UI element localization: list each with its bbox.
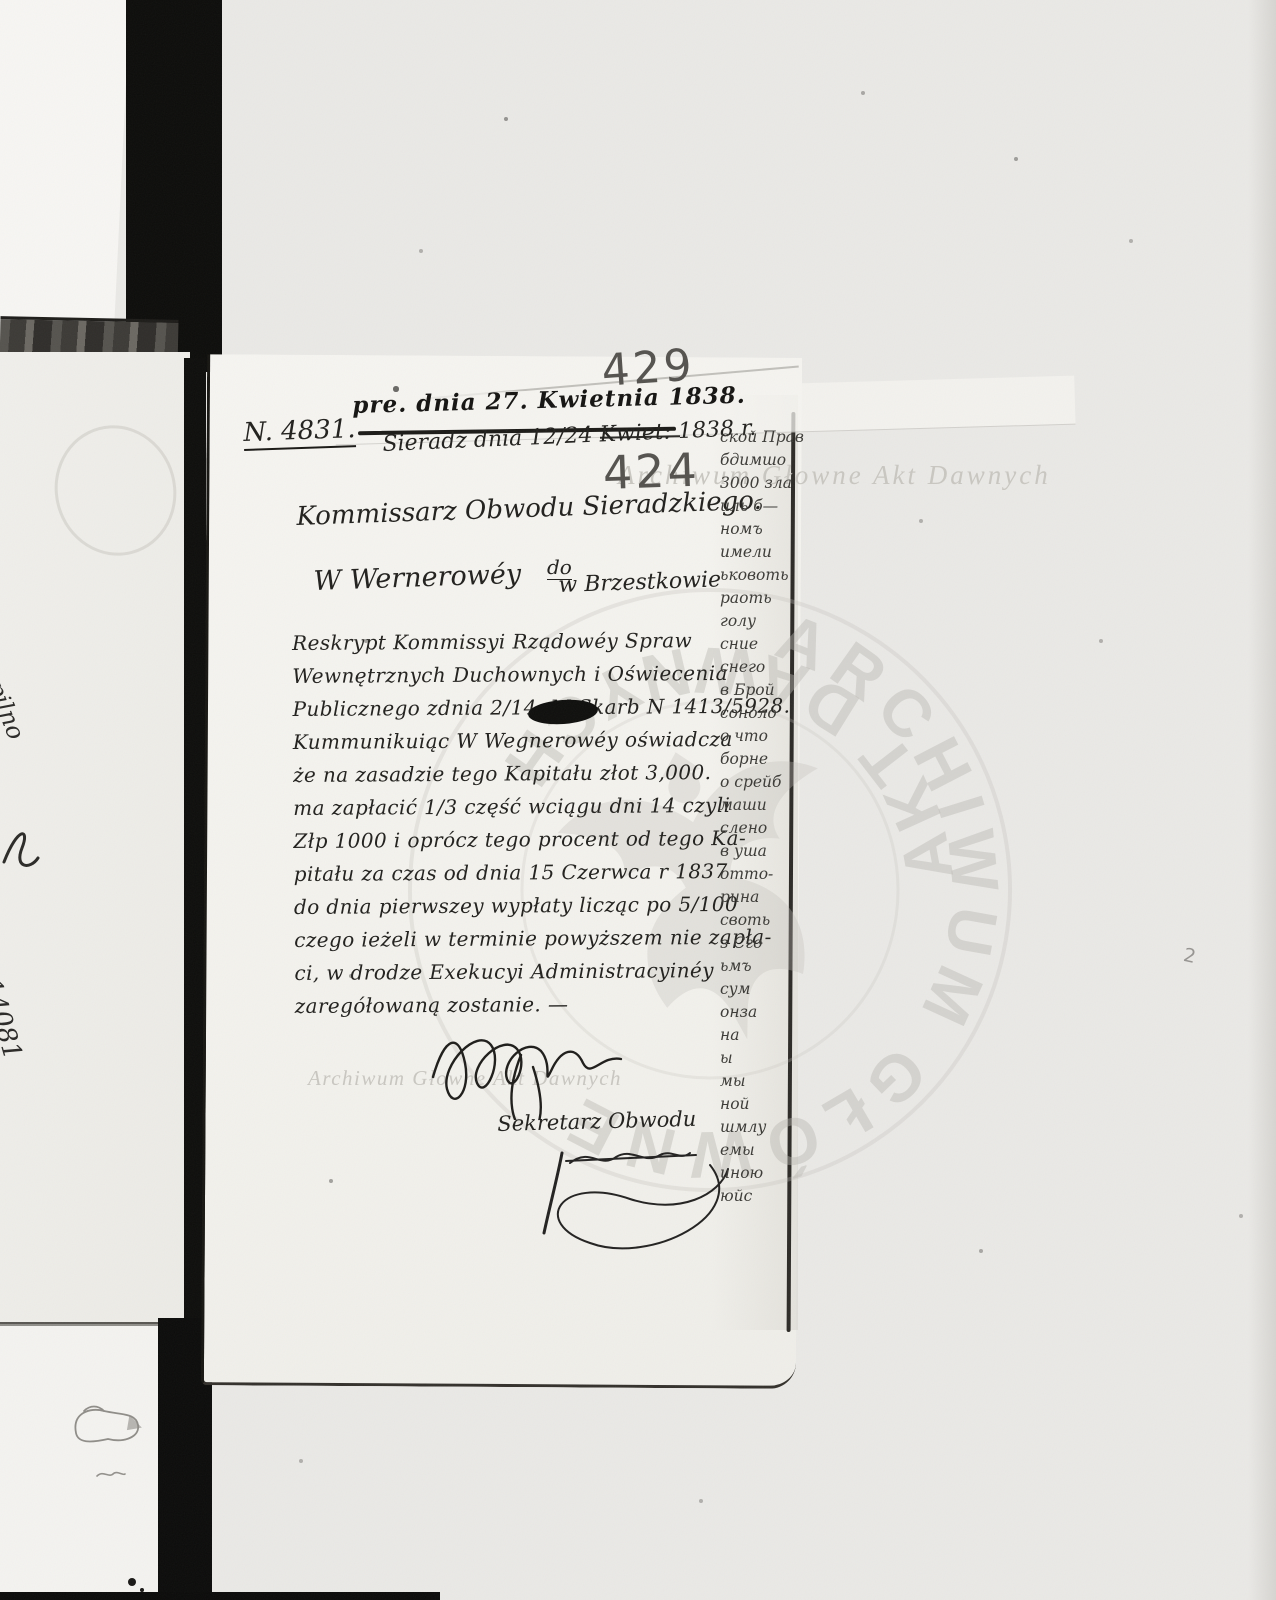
adjacent-fragment: ской Прав [720,426,804,449]
letter-body-line: czego ieżeli w terminie powyższem nie za… [294,921,792,957]
adjacent-fragment: сум [720,978,804,1001]
letter-body: Reskrypt Kommissyi Rządowéy SprawWewnętr… [292,624,793,1023]
reg-number: N. 4831. [243,414,356,451]
dust-specks [0,0,2,2]
pencil-squiggle [95,1468,129,1482]
letter-body-line: ci, w drodze Exekucyi Administracyinéy [294,954,792,990]
adjacent-page-fragments: ской Правбдимшо3000 злаиль б—номъимелиьк… [720,426,804,1208]
adjacent-fragment: ьковоть [720,564,804,587]
adjacent-fragment: соноло [720,702,804,725]
adjacent-fragment: в уша [720,840,804,863]
adjacent-fragment: ьмъ [720,955,804,978]
adjacent-fragment: ной [720,1093,804,1116]
letter-body-line: Kummunikuiąc W Wegnerowéy oświadcza [293,723,791,759]
adjacent-fragment: на [720,1024,804,1047]
letter-body-line: że na zasadzie tego Kapitału złot 3,000. [293,756,791,792]
adjacent-fragment: шмлу [720,1116,804,1139]
commissioner-signature [425,1015,635,1120]
top-left-paper [0,0,130,322]
adjacent-fragment: маши [720,794,804,817]
adjacent-fragment: юйс [720,1185,804,1208]
bottom-edge-band [0,1592,440,1600]
adjacent-fragment: 3000 зла [720,472,804,495]
letter-body-line: Złp 1000 i oprócz tego procent od tego K… [293,822,791,858]
adjacent-fragment: номъ [720,518,804,541]
adjacent-fragment: емы [720,1139,804,1162]
adjacent-fragment: бдимшо [720,449,804,472]
letter-body-line: do dnia pierwszey wypłaty licząc po 5/10… [294,888,792,924]
letter-body-line: Reskrypt Kommissyi Rządowéy Spraw [292,624,790,660]
pencil-doodle [70,1403,148,1451]
bottom-left-paper [0,1324,160,1600]
margin-flourish-icon [0,818,48,878]
ink-dots [128,1578,136,1586]
adjacent-fragment: иною [720,1162,804,1185]
stray-pencil-mark: 2 [1181,944,1197,968]
adjacent-fragment: з Сго [720,932,804,955]
adjacent-fragment: мы [720,1070,804,1093]
adjacent-fragment: борне [720,748,804,771]
letter-body-line: pitału za czas od dnia 15 Czerwca r 1837 [294,855,792,891]
adjacent-fragment: рина [720,886,804,909]
adjacent-fragment: своть [720,909,804,932]
adjacent-fragment: отто- [720,863,804,886]
scan-background: { "scan": { "pencil_marks": { "page_numb… [0,0,1276,1600]
adjacent-fragment: о срейб [720,771,804,794]
adjacent-fragment: раоть [720,587,804,610]
adjacent-fragment: иль б— [720,495,804,518]
adjacent-fragment: имели [720,541,804,564]
gap-shadow-top [126,0,222,372]
adjacent-fragment: онза [720,1001,804,1024]
adjacent-fragment: сние [720,633,804,656]
adjacent-fragment: в Брой [720,679,804,702]
adjacent-fragment: ы [720,1047,804,1070]
right-edge-shade [1248,0,1276,1600]
adjacent-fragment: снего [720,656,804,679]
adjacent-fragment: голу [720,610,804,633]
letter-body-line: ma zapłacić 1/3 część wciągu dni 14 czyl… [293,789,791,825]
adjacent-fragment: слено [720,817,804,840]
adjacent-fragment: о что [720,725,804,748]
letter-body-line: Wewnętrznych Duchownych i Oświecenia [292,657,790,693]
